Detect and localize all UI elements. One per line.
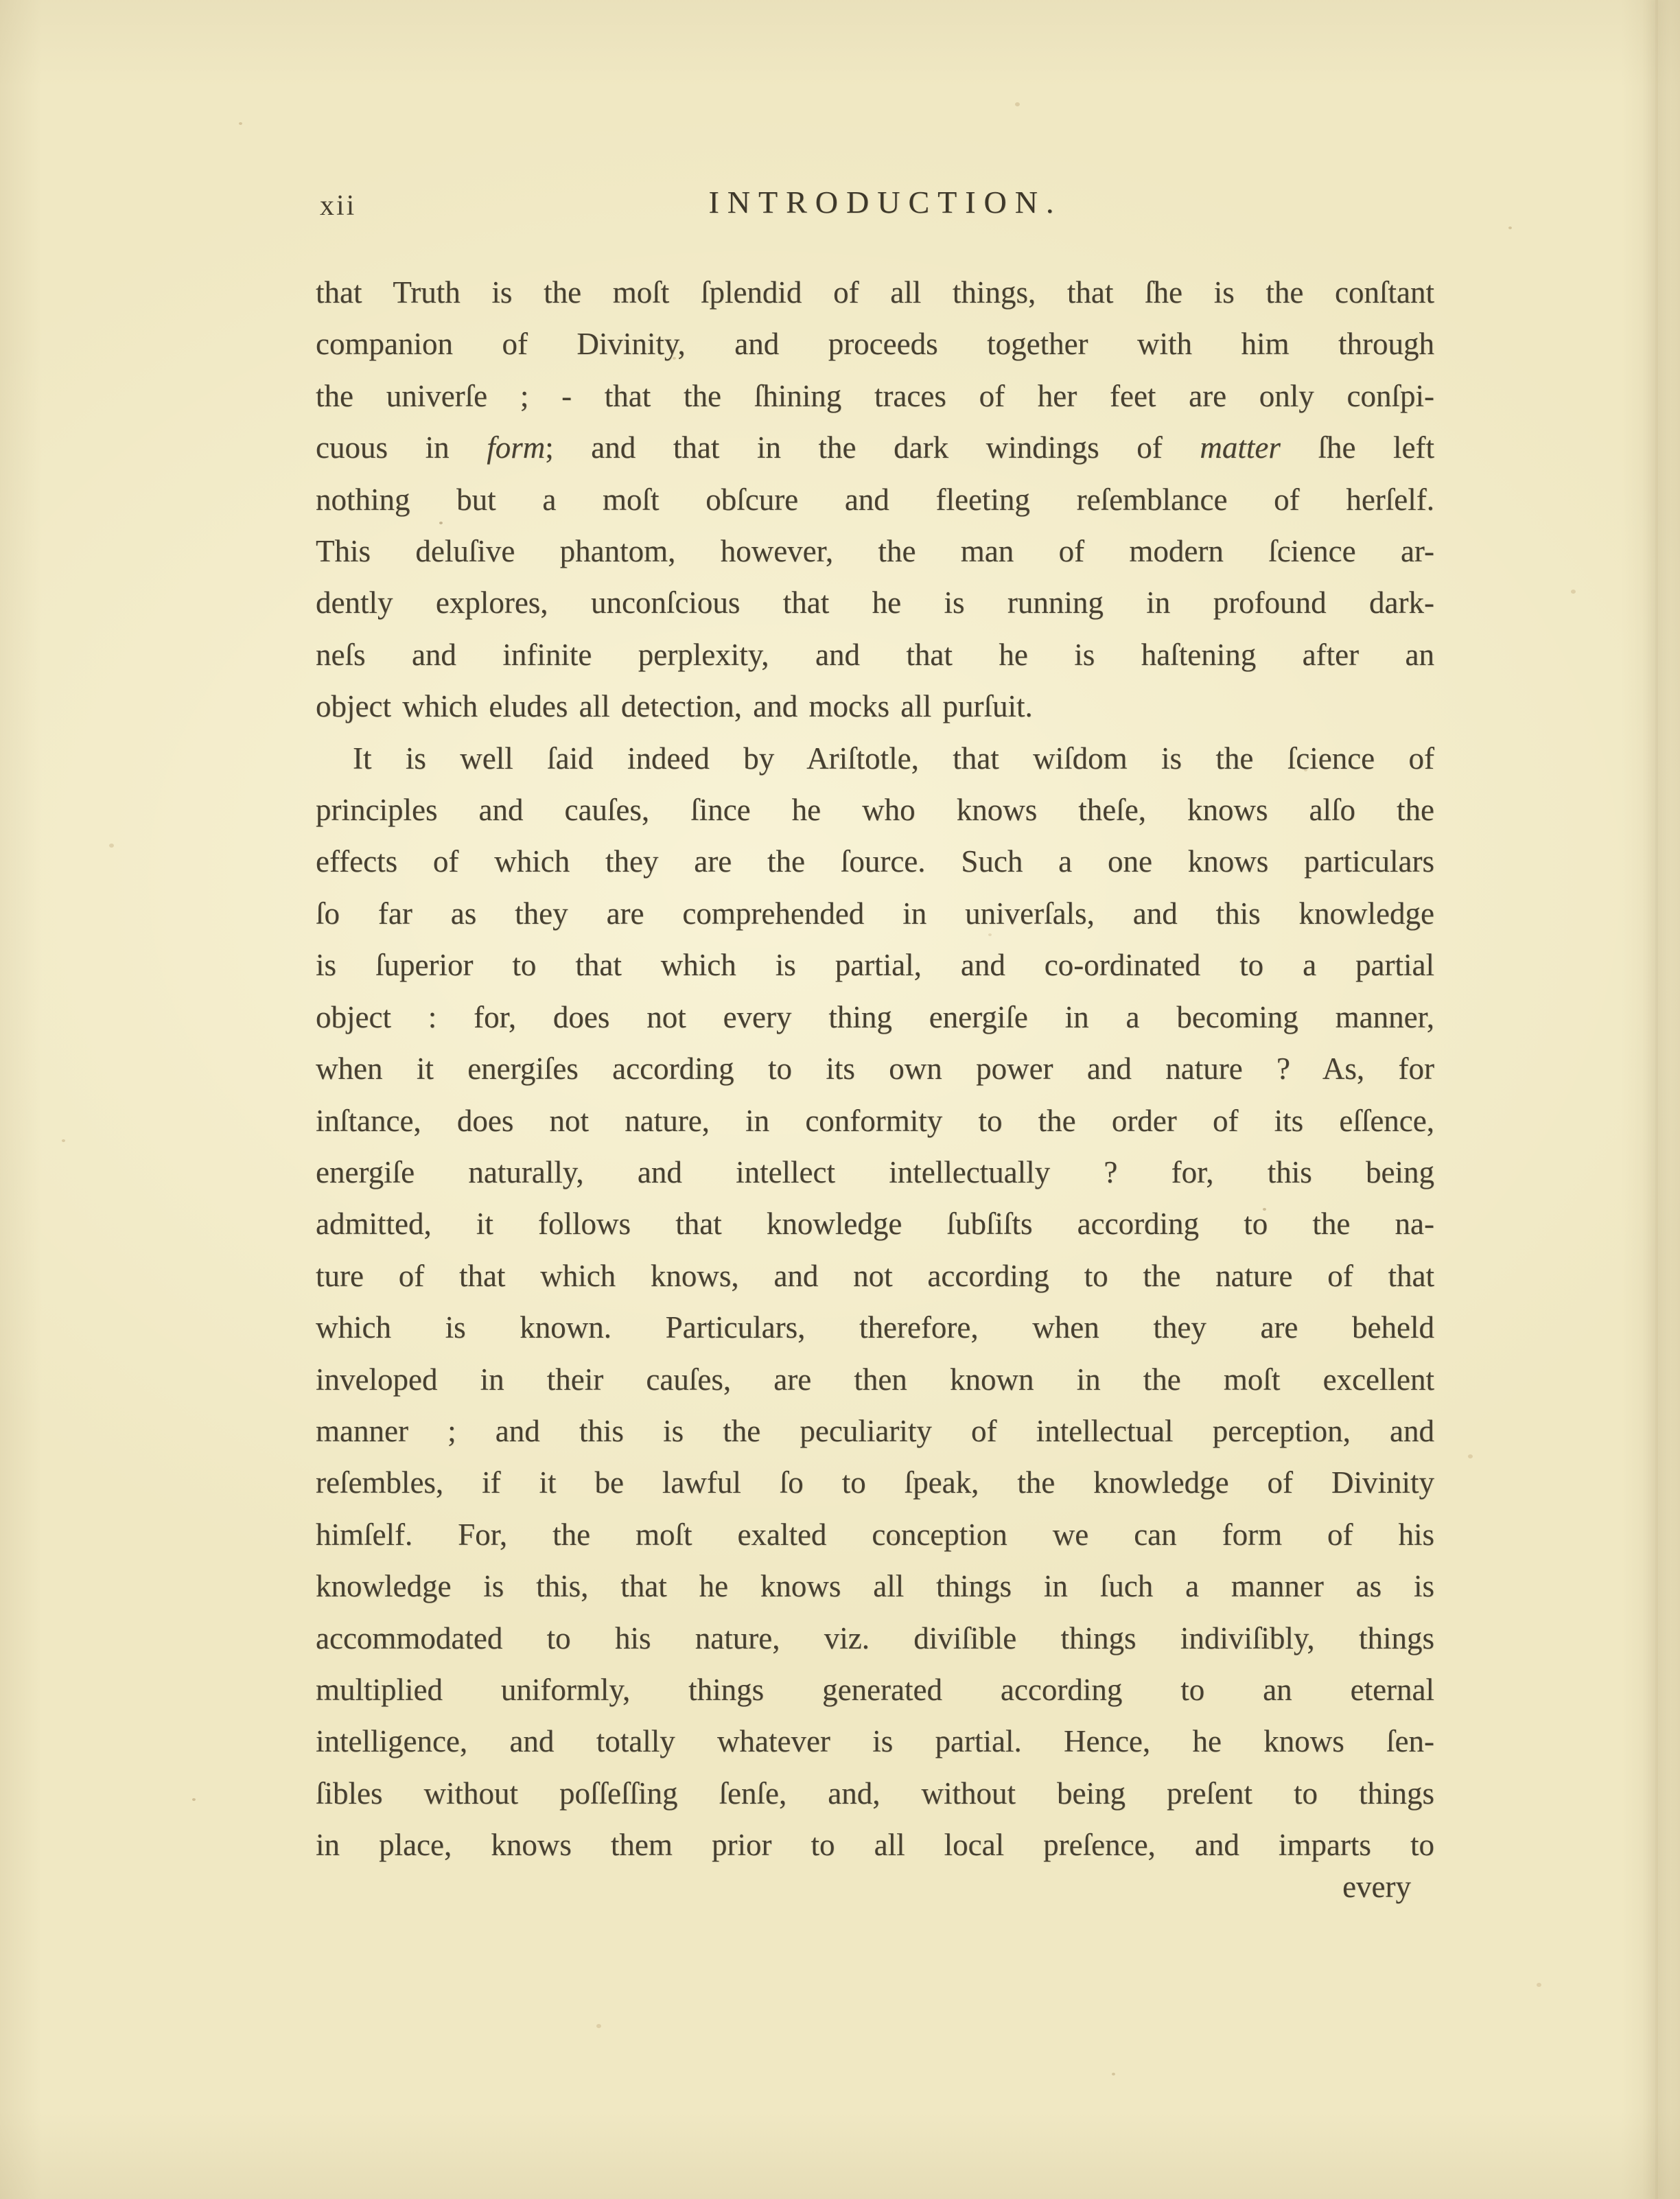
text-line: neſs and infinite perplexity, and that h…	[316, 629, 1434, 681]
text-line: multiplied uniformly, things generated a…	[316, 1664, 1434, 1716]
text-line: that Truth is the moſt ſplendid of all t…	[316, 267, 1434, 318]
text-line: reſembles, if it be lawful ſo to ſpeak, …	[316, 1457, 1434, 1509]
book-page: xii INTRODUCTION. that Truth is the moſt…	[0, 0, 1680, 2199]
text-line: effects of which they are the ſource. Su…	[316, 836, 1434, 887]
body-text: that Truth is the moſt ſplendid of all t…	[316, 267, 1434, 1872]
text-line: accommodated to his nature, viz. diviſib…	[316, 1613, 1434, 1664]
text-line: which is known. Particulars, therefore, …	[316, 1302, 1434, 1353]
italic-word: matter	[1200, 430, 1281, 465]
text-line: object which eludes all detection, and m…	[316, 681, 1434, 732]
text-line: when it energiſes according to its own p…	[316, 1043, 1434, 1095]
catchword: every	[1342, 1870, 1434, 1904]
text-line: energiſe naturally, and intellect intell…	[316, 1147, 1434, 1198]
text-line: himſelf. For, the moſt exalted conceptio…	[316, 1509, 1434, 1561]
text-line: inveloped in their cauſes, are then know…	[316, 1354, 1434, 1406]
italic-word: form	[487, 430, 545, 465]
catchword-row: every	[316, 1861, 1434, 1913]
text-line: dently explores, unconſcious that he is …	[316, 577, 1434, 629]
running-header: xii INTRODUCTION.	[316, 184, 1434, 232]
text-line: It is well ſaid indeed by Ariſtotle, tha…	[316, 733, 1434, 784]
text-line: ſo far as they are comprehended in unive…	[316, 888, 1434, 940]
binding-crease	[1655, 0, 1658, 2199]
text-line: ture of that which knows, and not accord…	[316, 1250, 1434, 1302]
text-line: is ſuperior to that which is partial, an…	[316, 940, 1434, 991]
text-line: admitted, it follows that knowledge ſubſ…	[316, 1198, 1434, 1250]
text-line: ſibles without poſſeſſing ſenſe, and, wi…	[316, 1768, 1434, 1819]
paper-speckles	[239, 122, 242, 125]
running-title: INTRODUCTION.	[336, 184, 1434, 220]
text-line: principles and cauſes, ſince he who know…	[316, 784, 1434, 836]
text-line: the univerſe ; - that the ſhining traces…	[316, 371, 1434, 422]
text-line: nothing but a moſt obſcure and fleeting …	[316, 474, 1434, 526]
text-line: This deluſive phantom, however, the man …	[316, 526, 1434, 577]
text-line: inſtance, does not nature, in conformity…	[316, 1095, 1434, 1147]
text-line: object : for, does not every thing energ…	[316, 992, 1434, 1043]
text-line: cuous in form; and that in the dark wind…	[316, 422, 1434, 474]
text-line: intelligence, and totally whatever is pa…	[316, 1716, 1434, 1767]
text-line: knowledge is this, that he knows all thi…	[316, 1561, 1434, 1612]
text-line: companion of Divinity, and proceeds toge…	[316, 318, 1434, 370]
text-line: manner ; and this is the peculiarity of …	[316, 1406, 1434, 1457]
